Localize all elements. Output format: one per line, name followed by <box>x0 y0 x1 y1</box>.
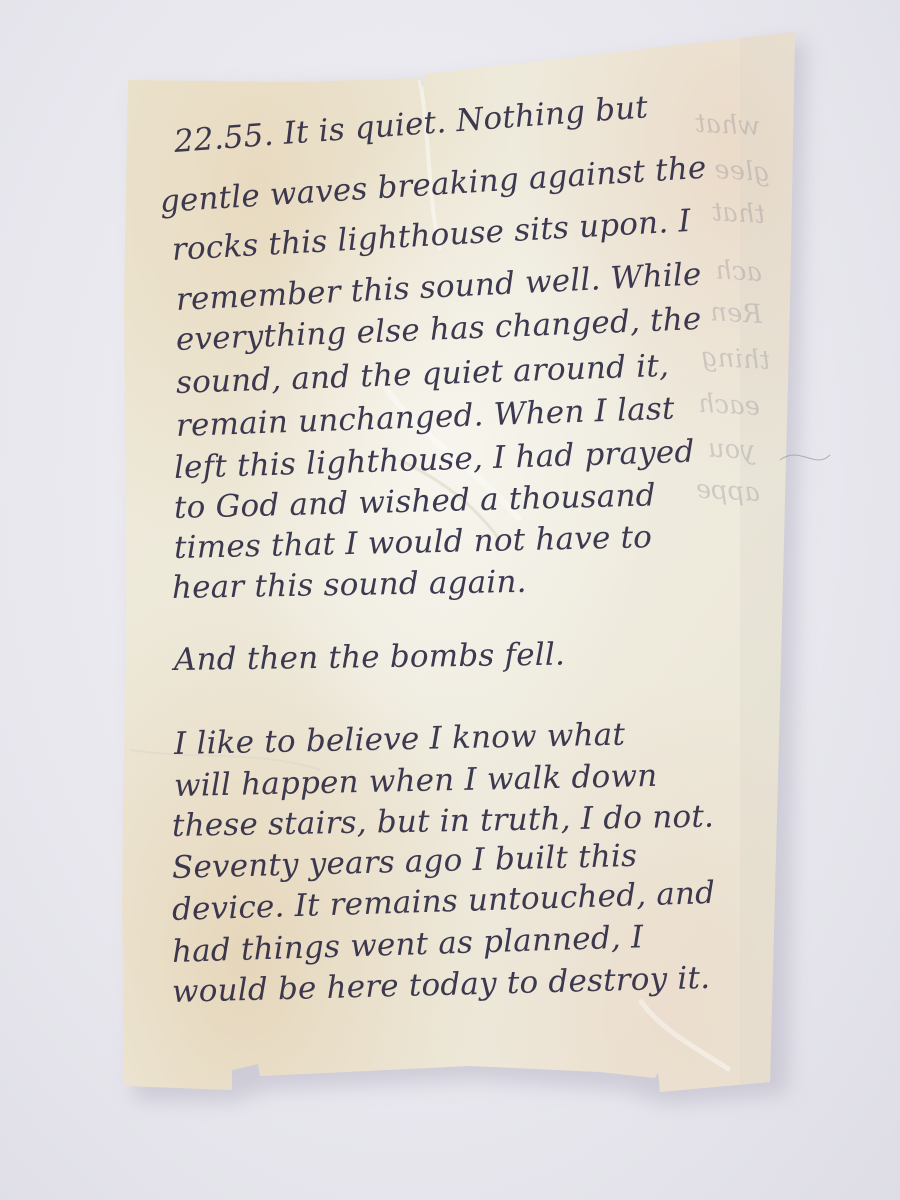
letter-line: I like to believe I know what <box>174 717 626 762</box>
letter-line: 22.55. It is quiet. Nothing but <box>173 89 650 160</box>
letter-line: had things went as planned, I <box>171 919 643 970</box>
letter-line: to God and wished a thousand <box>174 477 657 526</box>
letter-line: times that I would not have to <box>174 519 653 566</box>
letter-line: hear this sound again. <box>172 564 527 606</box>
letter-line: And then the bombs fell. <box>174 637 566 678</box>
paper-sheet: what glee that ach Ren thing each you ap… <box>0 0 900 1200</box>
letter-body: 22.55. It is quiet. Nothing but gentle w… <box>0 0 900 1200</box>
letter-line: will happen when I walk down <box>174 758 658 804</box>
